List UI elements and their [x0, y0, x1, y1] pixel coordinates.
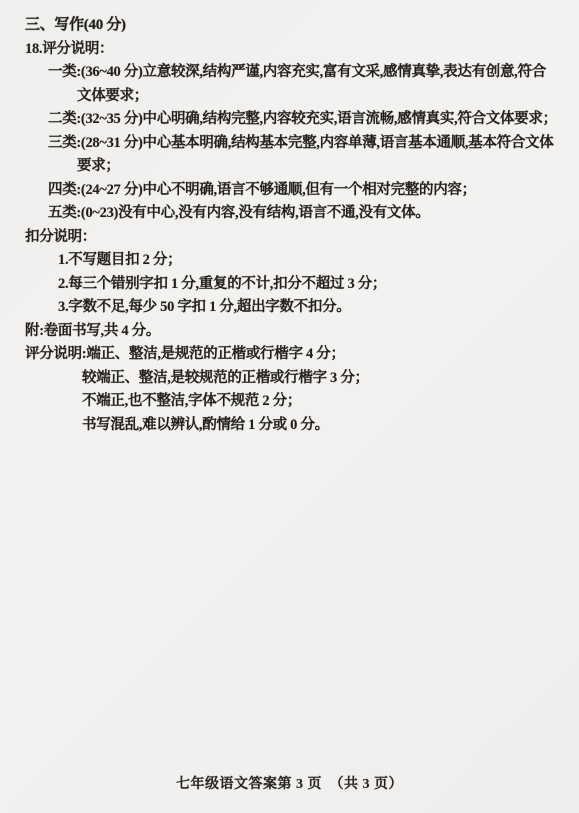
scanned-answer-sheet-page: 三、写作(40 分) 18.评分说明： 一类:(36~40 分)立意较深,结构严…: [0, 0, 579, 813]
grade-4-criteria-line: 四类:(24~27 分)中心不明确,语言不够通顺,但有一个相对完整的内容；: [48, 179, 579, 203]
grade-3-criteria-line: 三类:(28~31 分)中心基本明确,结构基本完整,内容单薄,语言基本通顺,基本…: [48, 132, 579, 156]
handwriting-scoring-line-1: 评分说明:端正、整洁,是规范的正楷或行楷字 4 分；: [25, 343, 579, 367]
document-body: 三、写作(40 分) 18.评分说明： 一类:(36~40 分)立意较深,结构严…: [0, 0, 579, 437]
grade-3-criteria-continuation: 要求；: [77, 155, 579, 179]
deduction-heading: 扣分说明：: [25, 226, 579, 250]
page-footer: 七年级语文答案第 3 页 （共 3 页）: [0, 773, 579, 793]
grade-5-criteria-line: 五类:(0~23)没有中心,没有内容,没有结构,语言不通,没有文体。: [48, 202, 579, 226]
grade-1-criteria-line: 一类:(36~40 分)立意较深,结构严谨,内容充实,富有文采,感情真挚,表达有…: [48, 61, 579, 85]
grade-1-criteria-continuation: 文体要求；: [77, 85, 579, 109]
item-18-heading: 18.评分说明：: [25, 38, 579, 62]
deduction-item-1: 1.不写题目扣 2 分；: [58, 249, 579, 273]
appendix-note: 附:卷面书写,共 4 分。: [25, 320, 579, 344]
handwriting-scoring-line-2: 较端正、整洁,是较规范的正楷或行楷字 3 分；: [82, 367, 579, 391]
grade-2-criteria-line: 二类:(32~35 分)中心明确,结构完整,内容较充实,语言流畅,感情真实,符合…: [48, 108, 579, 132]
handwriting-scoring-line-3: 不端正,也不整洁,字体不规范 2 分；: [82, 390, 579, 414]
deduction-item-3: 3.字数不足,每少 50 字扣 1 分,超出字数不扣分。: [58, 296, 579, 320]
deduction-item-2: 2.每三个错别字扣 1 分,重复的不计,扣分不超过 3 分；: [58, 273, 579, 297]
section-title: 三、写作(40 分): [25, 14, 579, 38]
handwriting-scoring-line-4: 书写混乱,难以辨认,酌情给 1 分或 0 分。: [82, 414, 579, 438]
